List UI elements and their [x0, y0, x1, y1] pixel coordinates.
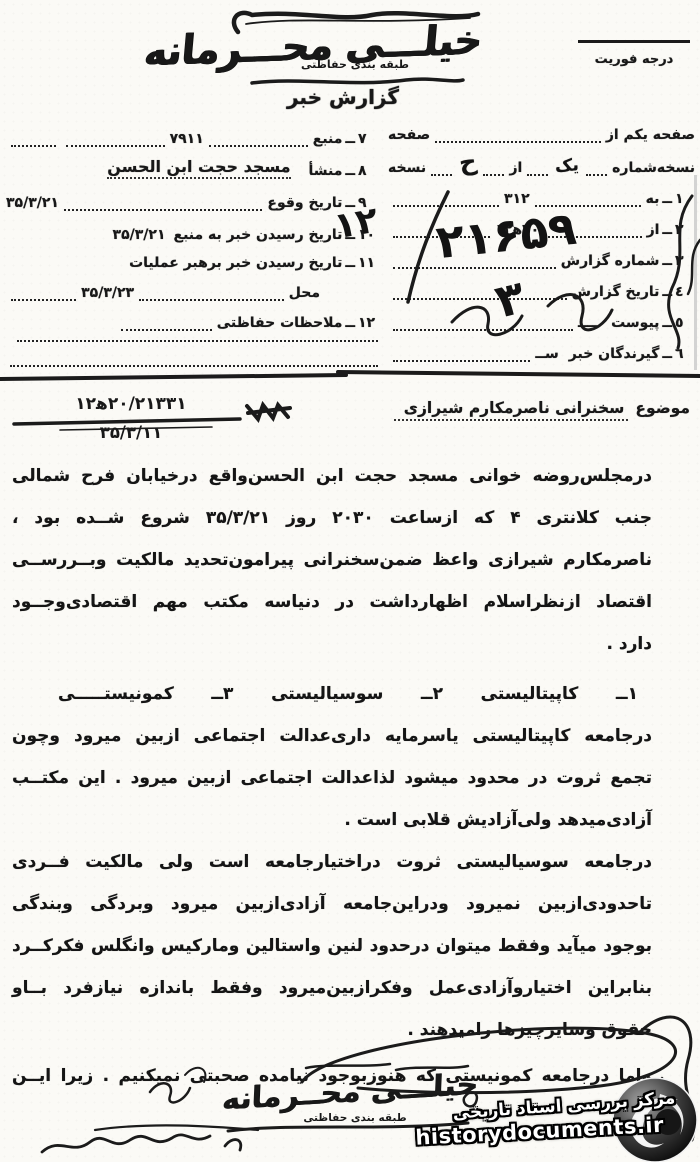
urgency-label: درجه فوریت: [578, 40, 690, 67]
body-line: تاحدودی‌ازبین نمیرود ودراین‌جامعه آزادی‌…: [12, 883, 652, 925]
body-line: درجامعه کاپیتالیستی یاسرمایه داری‌عدالت …: [12, 715, 652, 757]
field-row-to: ۱ ــ به ۳۱۲: [388, 176, 695, 207]
field-row-report-date: ٤ ــ تاریخ گزارش: [388, 269, 695, 300]
classification-overprint-top: طبقه بندی حفاظتی: [299, 58, 411, 71]
body-line: درجامعه سوسیالیستی ثروت دراختیارجامعه اس…: [12, 841, 652, 883]
body-line: تجمع ثروت در محدود میشود لذاعدالت اجتماع…: [12, 757, 652, 799]
dotted-leader: [64, 198, 262, 211]
reference-number: ۱۲ﻫ۲۰/۲۱۳۳۱: [75, 394, 186, 414]
field-label: گیرندگان خبر: [569, 346, 660, 362]
body-line: بوجود میآید وفقط میتوان درحدود لنین واست…: [12, 925, 652, 967]
field-row-security-notes: ۱۲ ــ ملاحظات حفاظتی: [6, 301, 378, 331]
field-number: ٦: [675, 346, 695, 362]
scan-edge-shadow: [694, 175, 697, 370]
field-dash: ــ: [345, 131, 355, 147]
subject-value: سخنرانی ناصرمکارم شیرازی: [394, 399, 629, 421]
body-line: ناصرمکارم شیرازی واعظ ضمن‌سخنرانی پیرامو…: [12, 539, 652, 581]
field-label: پیوست: [611, 315, 659, 331]
reference-block: ۱۲ﻫ۲۰/۲۱۳۳۱ ۳۵/۳/۱۱: [20, 394, 242, 442]
field-value: ــــ: [578, 315, 597, 331]
form-title: گزارش خبر: [278, 85, 408, 109]
field-number: ۱: [675, 191, 695, 207]
field-row-date-reached-ops-2: محل ۳۵/۳/۲۳: [6, 271, 378, 301]
field-value: ۳۵/۳/۲۱: [6, 195, 59, 211]
page-count-row: صفحه یکم از صفحه: [388, 113, 695, 143]
page-prefix: صفحه یکم از: [606, 127, 695, 143]
dotted-leader: [393, 349, 530, 362]
field-number: ۸: [358, 163, 378, 179]
body-line: آزادی‌میدهد ولی‌آزادیش قلابی است .: [12, 799, 652, 841]
field-row-origin: ۸ ــ منشأ مسجد حجت ابن الحسن: [6, 147, 378, 179]
field-label: تاریخ رسیدن خبر برهبر عملیات: [129, 255, 342, 271]
field-value: ســ: [535, 346, 558, 362]
dotted-leader: [139, 288, 284, 301]
field-number: ۷: [358, 131, 378, 147]
field-dash: ــ: [345, 195, 355, 211]
handwritten-copy-number: یک: [555, 155, 580, 177]
field-label: شماره گزارش: [561, 253, 660, 269]
dotted-leader: [435, 130, 601, 143]
body-line: اقتصاد ازنظراسلام اظهارداشت در دنیاسه مک…: [12, 581, 652, 623]
field-row-date-reached-source: ۱۰ ــ تاریخ رسیدن خبر به منبع ۳۵/۳/۲۱: [6, 211, 378, 243]
body-line: بنابراین اختیاروآزادی‌عمل وفکرازبین‌میرو…: [12, 967, 652, 1009]
subject-label: موضوع: [635, 399, 690, 417]
body-line: جنب کلانتری ۴ که ازساعت ۲۰۳۰ روز ۳۵/۳/۲۱…: [12, 497, 652, 539]
dotted-leader: [527, 163, 548, 176]
reference-date: ۳۵/۳/۱۱: [20, 423, 242, 442]
field-label: محل: [289, 285, 320, 301]
field-number: ۲: [675, 222, 695, 238]
field-dash: ــ: [662, 315, 672, 331]
classification-overprint-bottom: طبقه بندی حفاظتی: [299, 1112, 411, 1124]
field-number: ٥: [675, 315, 695, 331]
copy-mid: از: [509, 160, 522, 176]
copy-suffix: نسخه: [388, 160, 426, 176]
field-label: به: [646, 191, 660, 207]
field-value: مسجد حجت ابن الحسن: [107, 157, 290, 179]
field-label: از: [647, 222, 660, 238]
copy-prefix: نسخه‌شماره: [612, 160, 695, 176]
field-dash: ــ: [662, 253, 672, 269]
field-value: ۷۹۱۱: [170, 131, 204, 147]
dotted-rule: [17, 340, 378, 342]
field-dash: ــ: [662, 346, 672, 362]
dotted-leader: [431, 163, 452, 176]
body-heading: ۱ــ کاپیتالیستی ۲ــ سوسیالیستی ۳ــ کمونی…: [58, 673, 638, 715]
field-number: ۱۲: [358, 315, 378, 331]
dotted-leader: [393, 287, 567, 300]
dotted-leader: [209, 134, 308, 147]
field-row-occurrence-date: ۹ ــ تاریخ وقوع ۳۵/۳/۲۱: [6, 179, 378, 211]
scanned-document-page: درجه فوریت خیلـــی محـــرمانه طبقه بندی …: [0, 0, 700, 1162]
field-value: ۳۵/۳/۲۱: [113, 227, 166, 243]
field-value: ۳۱۲: [504, 191, 530, 207]
field-label: منبع: [313, 131, 343, 147]
field-number: ۳: [675, 253, 695, 269]
dotted-leader: [483, 163, 504, 176]
field-label: تاریخ رسیدن خبر به منبع: [174, 227, 343, 243]
field-dash: ــ: [345, 163, 355, 179]
dotted-leader: [11, 288, 76, 301]
report-body: درمجلس‌روضه خوانی مسجد حجت ابن الحسن‌واق…: [12, 455, 652, 1097]
form-fields-left: ۷ ــ منبع ۷۹۱۱ ۸ ــ منشأ مسجد حجت ابن ال…: [6, 115, 378, 367]
dotted-leader: [393, 318, 573, 331]
field-dash: ــ: [662, 222, 672, 238]
field-label: ملاحظات حفاظتی: [217, 315, 343, 331]
body-line: حقوق وسایرچیزها رامیدهند .: [12, 1009, 652, 1051]
dotted-leader: [11, 134, 56, 147]
dotted-rule: [10, 365, 378, 367]
field-row-recipients: ٦ ــ گیرندگان خبر ســ: [388, 331, 695, 362]
body-line: دارد .: [12, 623, 652, 665]
field-value: ۳۵/۳/۲۳: [81, 285, 134, 301]
dotted-leader: [393, 194, 499, 207]
page-suffix: صفحه: [388, 127, 430, 143]
field-number: ۱۱: [358, 255, 378, 271]
field-row-source: ۷ ــ منبع ۷۹۱۱: [6, 115, 378, 147]
subject-row: موضوع سخنرانی ناصرمکارم شیرازی: [388, 399, 690, 421]
body-line: درمجلس‌روضه خوانی مسجد حجت ابن الحسن‌واق…: [12, 455, 652, 497]
copy-number-row: نسخه‌شماره یک از ح نسخه: [388, 143, 695, 176]
dotted-leader: [121, 318, 211, 331]
field-number: ۱۰: [358, 227, 378, 243]
dotted-leader: [586, 163, 607, 176]
field-label: تاریخ وقوع: [267, 195, 342, 211]
field-dash: ــ: [662, 284, 672, 300]
field-dash: ــ: [345, 315, 355, 331]
field-row-attachment: ٥ ــ پیوست ــــ: [388, 300, 695, 331]
field-dash: ــ: [662, 191, 672, 207]
field-label: منشأ: [309, 163, 343, 179]
field-dash: ــ: [345, 227, 355, 243]
dotted-leader: [66, 134, 165, 147]
handwritten-copy-total: ح: [457, 147, 478, 177]
field-label: تاریخ گزارش: [572, 284, 660, 300]
field-number: ٤: [675, 284, 695, 300]
field-dash: ــ: [345, 255, 355, 271]
field-number: ۹: [358, 195, 378, 211]
field-row-date-reached-ops: ۱۱ ــ تاریخ رسیدن خبر برهبر عملیات: [6, 243, 378, 271]
